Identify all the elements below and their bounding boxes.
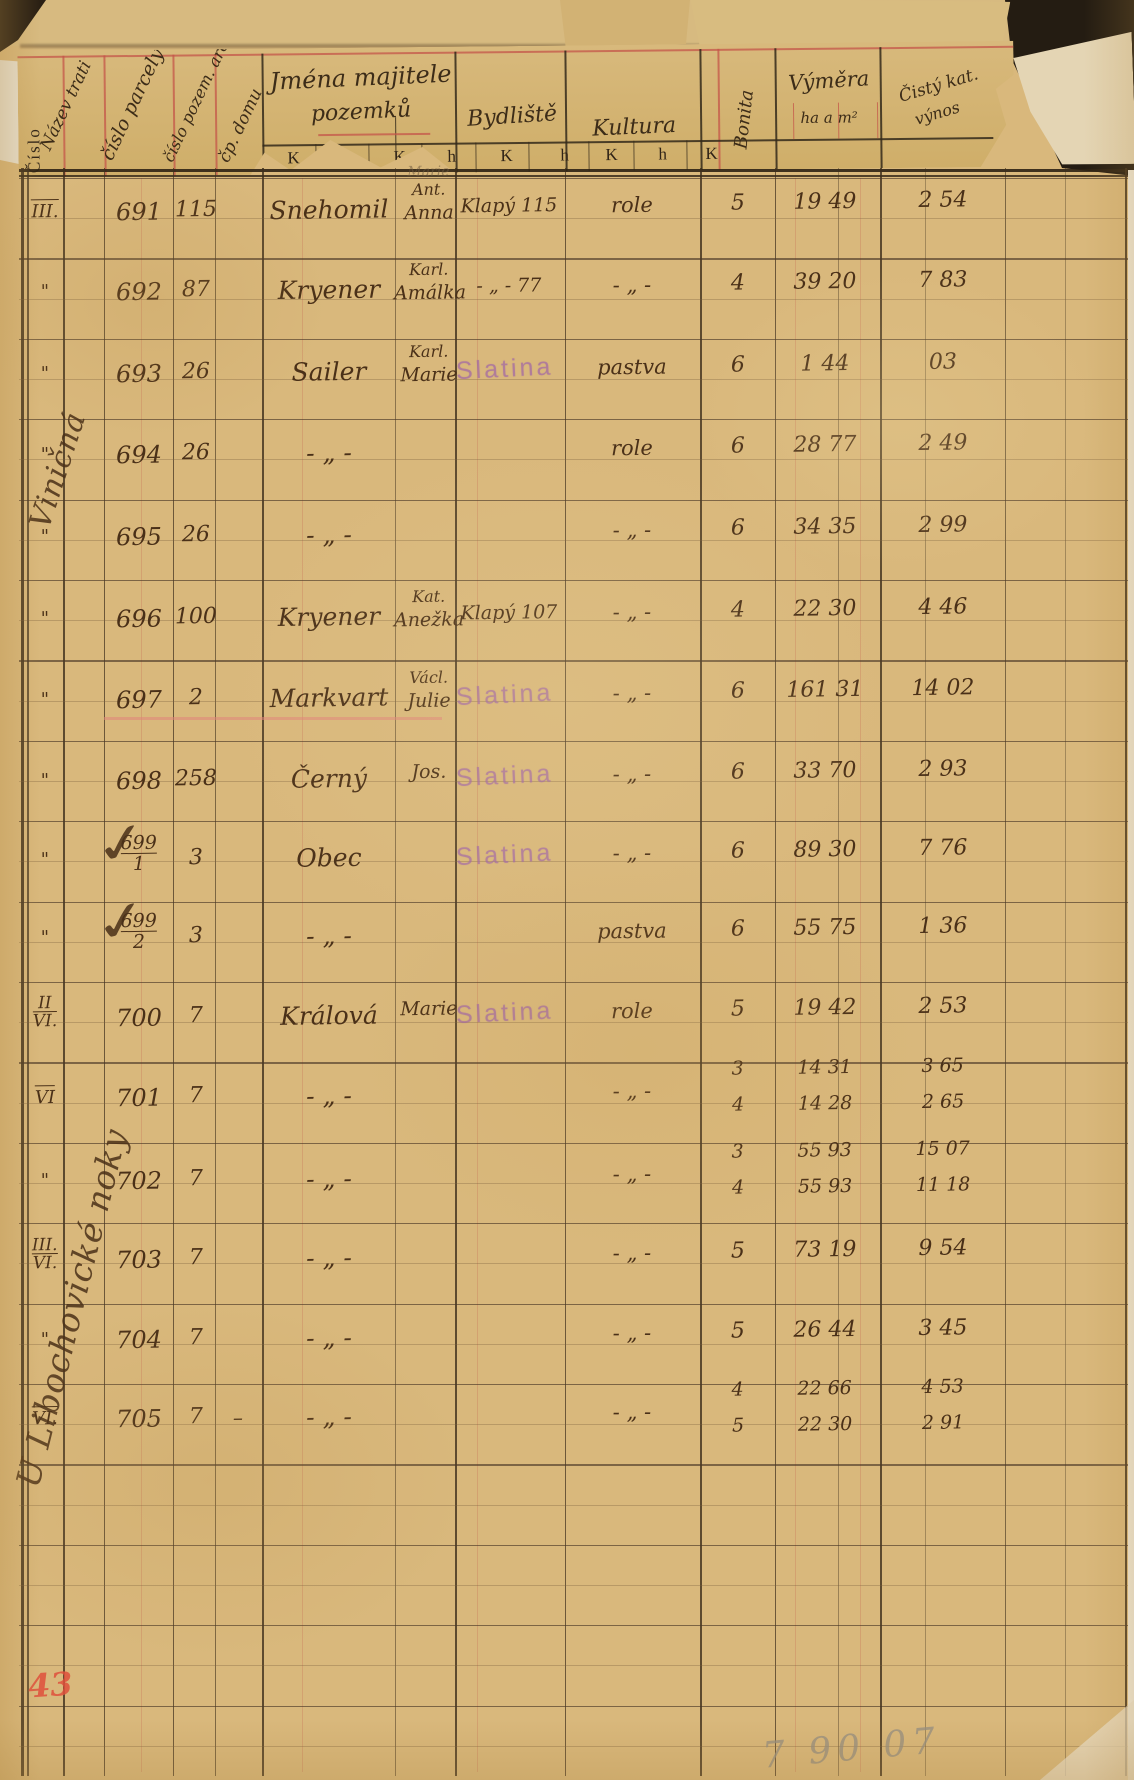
owner-surname: Králová [264,1000,394,1031]
unit-letter: h [560,145,569,165]
bonita-value: 4 [702,1176,774,1199]
grid-hline [19,419,1128,420]
area-value: 22 30 [772,1413,878,1436]
unit-letter: h [658,144,667,164]
grid-hline [19,1706,1128,1707]
col-header-vymera: Výměra [777,66,880,96]
col-header-parcela: číslo parcely [96,45,168,164]
slatina-stamp: Slatina [455,352,554,386]
yield-value: 2 65 [884,1090,1002,1114]
parcel-number: 696 [106,604,172,633]
land-culture: - „ - [566,761,698,787]
land-sheet-number: 7 [174,1003,218,1029]
grid-vline [104,168,105,1776]
header-col-line [261,54,264,175]
unit-tick [475,142,476,172]
parcel-number: 701 [106,1083,172,1112]
land-sheet-number: 3 [174,923,218,949]
bonita-value: 5 [702,190,774,216]
grid-hline [19,580,1128,581]
land-sheet-number: 7 [174,1404,218,1430]
land-sheet-number: 7 [174,1166,218,1192]
grid-hline [19,178,1128,179]
owner-surname: - „ - [264,920,394,951]
grid-hline [19,821,1128,822]
map-section-label: " [26,689,64,711]
bonita-value: 4 [701,1378,773,1401]
owner-given-name: Marie [394,997,464,1020]
land-sheet-number: 26 [174,359,218,385]
bonita-value: 6 [702,352,774,378]
map-section-label: VI. [26,1408,64,1430]
owner-given-name-top: Karl. [394,341,464,361]
grid-hline [19,1746,1128,1747]
land-sheet-number: 2 [174,685,218,711]
grid-vline [1065,168,1066,1776]
parcel-number: 6991 [106,833,173,875]
parcel-number: 700 [106,1003,172,1032]
parcel-number: 705 [106,1404,172,1433]
unit-tick [686,140,687,170]
area-value: 1 44 [772,351,878,377]
yield-value: 3 45 [884,1315,1002,1342]
map-section-label: " [26,608,64,630]
bonita-value: 6 [702,433,774,459]
unit-letter: h [340,148,349,168]
owner-surname: - „ - [264,1080,394,1111]
grid-hline [19,902,1128,903]
col-header-kultura: Kultura [568,112,701,143]
col-header-jmena-2: pozemků [268,95,455,128]
owner-surname: Kryener [264,274,394,305]
owner-surname: - „ - [264,1322,394,1353]
red-underline-697 [104,717,442,720]
slatina-stamp: Slatina [455,759,554,793]
land-culture: - „ - [566,840,698,866]
yield-value: 03 [884,349,1002,376]
yield-value: 1 36 [884,913,1002,940]
land-sheet-number: 7 [174,1245,218,1271]
bottom-right-cut [1040,1700,1134,1780]
land-sheet-number: 26 [174,440,218,466]
yield-value: 2 53 [884,993,1002,1020]
land-culture: - „ - [566,680,698,706]
grid-vline-red [860,178,861,1772]
land-culture: - „ - [566,1161,698,1187]
land-sheet-number: 115 [174,197,218,223]
bonita-value: 6 [702,515,774,541]
yield-value: 3 65 [883,1054,1001,1078]
bonita-value: 6 [702,916,774,942]
parcel-number: 693 [106,359,172,388]
area-value: 33 70 [772,758,878,784]
land-culture: - „ - [566,1078,698,1104]
owner-given-name-top: Václ. [394,667,464,687]
owner-surname: Kryener [264,601,394,632]
land-culture: - „ - [566,1399,698,1425]
map-section-label: " [26,526,64,548]
map-section-label: " [26,1329,64,1351]
col-header-trat: Název trati [36,58,95,154]
parcel-number: 692 [106,277,172,306]
slatina-stamp: Slatina [455,678,554,712]
margin-track-label: Viničná [23,322,121,533]
slatina-stamp: Slatina [455,838,554,872]
parcel-number: 702 [106,1166,172,1195]
bonita-value: 5 [702,1238,774,1264]
area-value: 55 75 [772,915,878,941]
land-culture: role [566,192,698,218]
col-header-jmena-1: Jména majitele [267,59,454,95]
grid-vline [838,168,839,1776]
grid-vline-red [795,178,796,1772]
land-culture: role [566,998,698,1024]
grid-vline [455,168,457,1776]
bonita-value: 4 [702,597,774,623]
map-section-label: IIVI. [26,995,65,1032]
map-section-label: III. [26,201,64,223]
area-value: 19 42 [772,995,878,1021]
yield-value: 2 93 [884,756,1002,783]
bonita-value: 6 [702,759,774,785]
grid-hline [19,339,1128,340]
area-value: 73 19 [772,1237,878,1263]
grid-vline [262,168,264,1776]
area-value: 89 30 [772,837,878,863]
land-sheet-number: 26 [174,522,218,548]
parcel-number: 703 [106,1245,172,1274]
residence: Klapý 107 [454,601,564,625]
area-value: 22 30 [772,596,878,622]
yield-value: 9 54 [884,1235,1002,1262]
yield-value: 2 54 [884,187,1002,214]
grid-hline [19,1223,1128,1224]
grid-hline [19,982,1128,983]
land-sheet-number: 3 [174,845,218,871]
owner-surname: Sailer [264,356,394,387]
grid-vline [215,168,216,1776]
land-sheet-number: 87 [174,277,218,303]
house-number: – [216,1405,260,1430]
yield-value: 14 02 [884,675,1002,702]
unit-tick [633,141,634,171]
grid-vline [21,168,24,1776]
map-section-label: VI [26,1087,64,1109]
map-section-label: " [26,363,64,385]
grid-vline-red [477,178,478,1772]
parcel-number: 691 [106,197,172,226]
col-header-vynos-1: Čistý kat. [897,64,981,107]
yield-value: 2 91 [884,1411,1002,1435]
map-section-label: " [26,770,64,792]
land-culture: pastva [566,918,698,944]
area-value: 55 93 [771,1139,877,1162]
grid-hline [19,258,1128,259]
page-number: 43 [27,1664,74,1705]
unit-letter: K [287,148,299,168]
residence: - „ - 77 [454,274,564,298]
header-col-line [699,49,702,170]
area-value: 14 28 [772,1092,878,1115]
header-col-line [774,48,777,169]
yield-value: 2 99 [884,512,1002,539]
grid-hline [19,1304,1128,1305]
owner-surname: - „ - [264,1163,394,1194]
page-right-edge [1128,170,1134,1780]
table-header: Číslo Název trati číslo parcely číslo po… [17,41,1014,177]
area-value: 26 44 [772,1317,878,1343]
yield-value: 7 76 [884,835,1002,862]
table-top-border [19,169,1128,172]
owner-surname: - „ - [264,437,394,468]
grid-hline [19,500,1128,501]
col-header-vymera-units: ha a m² [778,108,880,127]
grid-hline [19,1464,1128,1465]
land-culture: - „ - [566,1240,698,1266]
parcel-number: 694 [106,440,172,469]
bonita-value: 4 [702,1093,774,1116]
owner-surname: - „ - [264,1401,394,1432]
land-culture: - „ - [566,1320,698,1346]
grid-vline [700,168,702,1776]
owner-surname: Markvart [264,682,394,713]
scanned-ledger-page: Číslo Název trati číslo parcely číslo po… [0,0,1134,1780]
col-header-domu: čp. domu [214,85,266,165]
owner-given-name: Jos. [394,760,464,783]
grid-hline [19,1505,1128,1506]
map-section-label: " [26,281,64,303]
yield-value: 15 07 [883,1137,1001,1161]
bonita-value: 5 [702,1318,774,1344]
grid-hline [19,741,1128,742]
col-header-cislo: Číslo [23,61,44,173]
owner-surname: - „ - [264,1242,394,1273]
land-culture: - „ - [566,517,698,543]
parcel-number: 698 [106,766,172,795]
bonita-value: 6 [702,678,774,704]
col-header-vynos-2: výnos [912,97,962,128]
parcel-number: 6992 [106,911,173,953]
bonita-value: 5 [702,1414,774,1437]
area-value: 39 20 [772,269,878,295]
land-culture: pastva [566,354,698,380]
unit-letter: K [605,145,617,165]
unit-letter: K [500,146,512,166]
owner-given-name: Marie [394,363,464,386]
map-section-label: " [26,927,64,949]
area-value: 28 77 [772,432,878,458]
map-section-label: " [26,849,64,871]
area-value: 55 93 [772,1175,878,1198]
yield-value: 4 46 [884,594,1002,621]
col-header-arch: číslo pozem. archu [160,85,208,164]
land-culture: - „ - [566,272,698,298]
grid-vline [565,168,566,1776]
jmena-underline [318,133,430,136]
land-sheet-number: 258 [174,766,218,792]
grid-hline [19,1545,1128,1546]
grid-vline [173,168,174,1776]
owner-surname: - „ - [264,519,394,550]
table-top-border-2 [19,175,1128,177]
area-value: 161 31 [772,677,878,703]
col-header-bydliste: Bydliště [457,101,566,133]
grid-hline [19,1585,1128,1586]
area-value: 19 49 [772,189,878,215]
land-sheet-number: 7 [174,1083,218,1109]
bonita-value: 3 [701,1057,773,1080]
bonita-value: 5 [702,996,774,1022]
yield-value: 11 18 [884,1173,1002,1197]
grid-hline [19,660,1128,661]
slatina-stamp: Slatina [455,996,554,1030]
header-col-line [717,49,720,170]
unit-tick [528,142,529,172]
map-section-label: " [26,444,64,466]
grid-vline [395,168,396,1776]
bonita-value: 4 [702,270,774,296]
area-value: 34 35 [772,514,878,540]
grid-vline [775,168,776,1776]
unit-tick [588,141,589,171]
owner-given-name: Julie [394,689,464,712]
land-culture: role [566,435,698,461]
pencil-note-name: Marie [393,163,463,180]
bonita-value: 3 [701,1140,773,1163]
grid-vline [1125,168,1127,1776]
owner-surname: Černý [264,763,394,794]
parcel-number: 695 [106,522,172,551]
yield-value: 7 83 [884,267,1002,294]
grid-vline [925,168,926,1776]
parcel-number: 704 [106,1325,172,1354]
land-sheet-number: 7 [174,1325,218,1351]
owner-surname: Snehomil [264,194,394,225]
map-section-label: III.VI. [26,1237,65,1274]
residence: Klapý 115 [454,194,564,218]
land-sheet-number: 100 [174,604,218,630]
grid-vline [880,168,882,1776]
grid-vline-red [302,178,303,1772]
pencil-note: 7 90 07 [761,1720,943,1776]
grid-vline-red [141,178,142,1772]
area-value: 22 66 [771,1377,877,1400]
owner-surname: Obec [264,842,394,873]
area-value: 14 31 [771,1056,877,1079]
bonita-value: 6 [702,838,774,864]
grid-vline [27,168,29,1776]
land-culture: - „ - [566,599,698,625]
grid-vline [1005,168,1006,1776]
map-section-label: " [26,1170,64,1192]
grid-hline [19,1665,1128,1666]
yield-value: 2 49 [884,430,1002,457]
yield-value: 4 53 [883,1375,1001,1399]
unit-letter: K [705,144,717,164]
parcel-number: 697 [106,685,172,714]
paper-shard-top-1 [560,0,690,52]
grid-hline [19,1625,1128,1626]
